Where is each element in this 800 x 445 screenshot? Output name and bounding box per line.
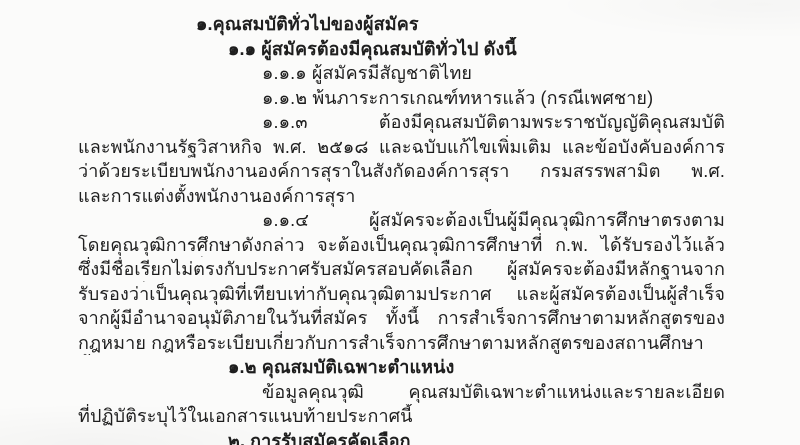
document-line-2: ๑.๑ ผู้สมัครต้องมีคุณสมบัติทั่วไป ดังนี้ (78, 37, 725, 62)
document-line-3: ๑.๑.๑ ผู้สมัครมีสัญชาติไทย (78, 61, 725, 86)
document-line-18: ๒. การรับสมัครคัดเลือก (78, 429, 725, 445)
document-text-block: ๑.คุณสมบัติทั่วไปของผู้สมัคร๑.๑ ผู้สมัคร… (78, 12, 725, 445)
document-line-16: ข้อมูลคุณวุฒิ คุณสมบัติเฉพาะตำแหน่งและรา… (78, 380, 725, 405)
document-line-7: ว่าด้วยระเบียบพนักงานองค์การสุราในสังกัด… (78, 159, 725, 184)
document-line-14: กฎหมาย กฎหรือระเบียบเกี่ยวกับการสำเร็จกา… (78, 331, 725, 356)
document-line-8: และการแต่งตั้งพนักงานองค์การสุรา (78, 184, 725, 209)
document-page: ๑.คุณสมบัติทั่วไปของผู้สมัคร๑.๑ ผู้สมัคร… (0, 0, 800, 445)
document-line-5: ๑.๑.๓ ต้องมีคุณสมบัติตามพระราชบัญญัติคุณ… (78, 110, 725, 135)
document-line-15: ๑.๒ คุณสมบัติเฉพาะตำแหน่ง (78, 355, 725, 380)
document-line-17: ที่ปฏิบัติระบุไว้ในเอกสารแนบท้ายประกาศนี… (78, 404, 725, 429)
document-line-11: ซึ่งมีชื่อเรียกไม่ตรงกับประกาศรับสมัครสอ… (78, 257, 725, 282)
document-line-4: ๑.๑.๒ พ้นภาระการเกณฑ์ทหารแล้ว (กรณีเพศชา… (78, 86, 725, 111)
document-line-12: รับรองว่าเป็นคุณวุฒิที่เทียบเท่ากับคุณวุ… (78, 282, 725, 307)
document-line-6: และพนักงานรัฐวิสาหกิจ พ.ศ. ๒๕๑๘ และฉบับแ… (78, 135, 725, 160)
document-line-13: จากผู้มีอำนาจอนุมัติภายในวันที่สมัคร ทั้… (78, 306, 725, 331)
document-line-9: ๑.๑.๔ ผู้สมัครจะต้องเป็นผู้มีคุณวุฒิการศ… (78, 208, 725, 233)
document-line-10: โดยคุณวุฒิการศึกษาดังกล่าว จะต้องเป็นคุณ… (78, 233, 725, 258)
document-line-1: ๑.คุณสมบัติทั่วไปของผู้สมัคร (78, 12, 725, 37)
